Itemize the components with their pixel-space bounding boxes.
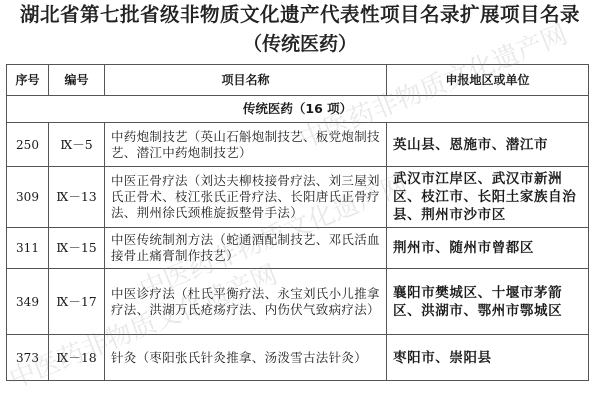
cell-code: Ⅸ－15: [49, 228, 105, 269]
header-code: 编号: [49, 65, 105, 96]
cell-name: 中医诊疗法（杜氏平衡疗法、永宝刘氏小儿推拿疗法、洪湖万氏疮疡疗法、内伤伏气致病疗…: [105, 269, 387, 335]
document-subtitle: （传统医药）: [0, 33, 600, 55]
table-row: 250 Ⅸ－5 中药炮制技艺（英山石斛炮制技艺、板党炮制技艺、潜江中药炮制技艺）…: [7, 123, 589, 167]
cell-seq: 349: [7, 269, 49, 335]
cell-name: 针灸（枣阳张氏针灸推拿、汤泼雪古法针灸）: [105, 335, 387, 381]
cell-region: 荆州市、随州市曾都区: [387, 228, 589, 269]
document-title: 湖北省第七批省级非物质文化遗产代表性项目名录扩展项目名录: [0, 4, 600, 26]
cell-name: 中医正骨疗法（刘达夫柳枝接骨疗法、刘三屋刘氏正骨术、枝江张氏正骨疗法、长阳唐氏正…: [105, 167, 387, 228]
cell-code: Ⅸ－5: [49, 123, 105, 167]
cell-seq: 311: [7, 228, 49, 269]
section-row: 传统医药（16 项）: [7, 96, 589, 123]
cell-region: 武汉市江岸区、武汉市新洲区、枝江市、长阳土家族自治县、荆州市沙市区: [387, 167, 589, 228]
heritage-list-table: 序号 编号 项目名称 申报地区或单位 传统医药（16 项） 250 Ⅸ－5 中药…: [6, 64, 589, 381]
cell-region: 襄阳市樊城区、十堰市茅箭区、洪湖市、鄂州市鄂城区: [387, 269, 589, 335]
cell-code: Ⅸ－18: [49, 335, 105, 381]
header-name: 项目名称: [105, 65, 387, 96]
table-row: 309 Ⅸ－13 中医正骨疗法（刘达夫柳枝接骨疗法、刘三屋刘氏正骨术、枝江张氏正…: [7, 167, 589, 228]
table-row: 373 Ⅸ－18 针灸（枣阳张氏针灸推拿、汤泼雪古法针灸） 枣阳市、崇阳县: [7, 335, 589, 381]
table-row: 349 Ⅸ－17 中医诊疗法（杜氏平衡疗法、永宝刘氏小儿推拿疗法、洪湖万氏疮疡疗…: [7, 269, 589, 335]
header-region: 申报地区或单位: [387, 65, 589, 96]
cell-code: Ⅸ－13: [49, 167, 105, 228]
cell-seq: 373: [7, 335, 49, 381]
cell-code: Ⅸ－17: [49, 269, 105, 335]
header-seq: 序号: [7, 65, 49, 96]
cell-seq: 250: [7, 123, 49, 167]
cell-name: 中医传统制剂方法（蛇通酒配制技艺、邓氏活血接骨止痛膏制作技艺）: [105, 228, 387, 269]
cell-region: 英山县、恩施市、潜江市: [387, 123, 589, 167]
cell-seq: 309: [7, 167, 49, 228]
cell-region: 枣阳市、崇阳县: [387, 335, 589, 381]
section-label: 传统医药（16 项）: [7, 96, 589, 123]
table-row: 311 Ⅸ－15 中医传统制剂方法（蛇通酒配制技艺、邓氏活血接骨止痛膏制作技艺）…: [7, 228, 589, 269]
table-header-row: 序号 编号 项目名称 申报地区或单位: [7, 65, 589, 96]
cell-name: 中药炮制技艺（英山石斛炮制技艺、板党炮制技艺、潜江中药炮制技艺）: [105, 123, 387, 167]
